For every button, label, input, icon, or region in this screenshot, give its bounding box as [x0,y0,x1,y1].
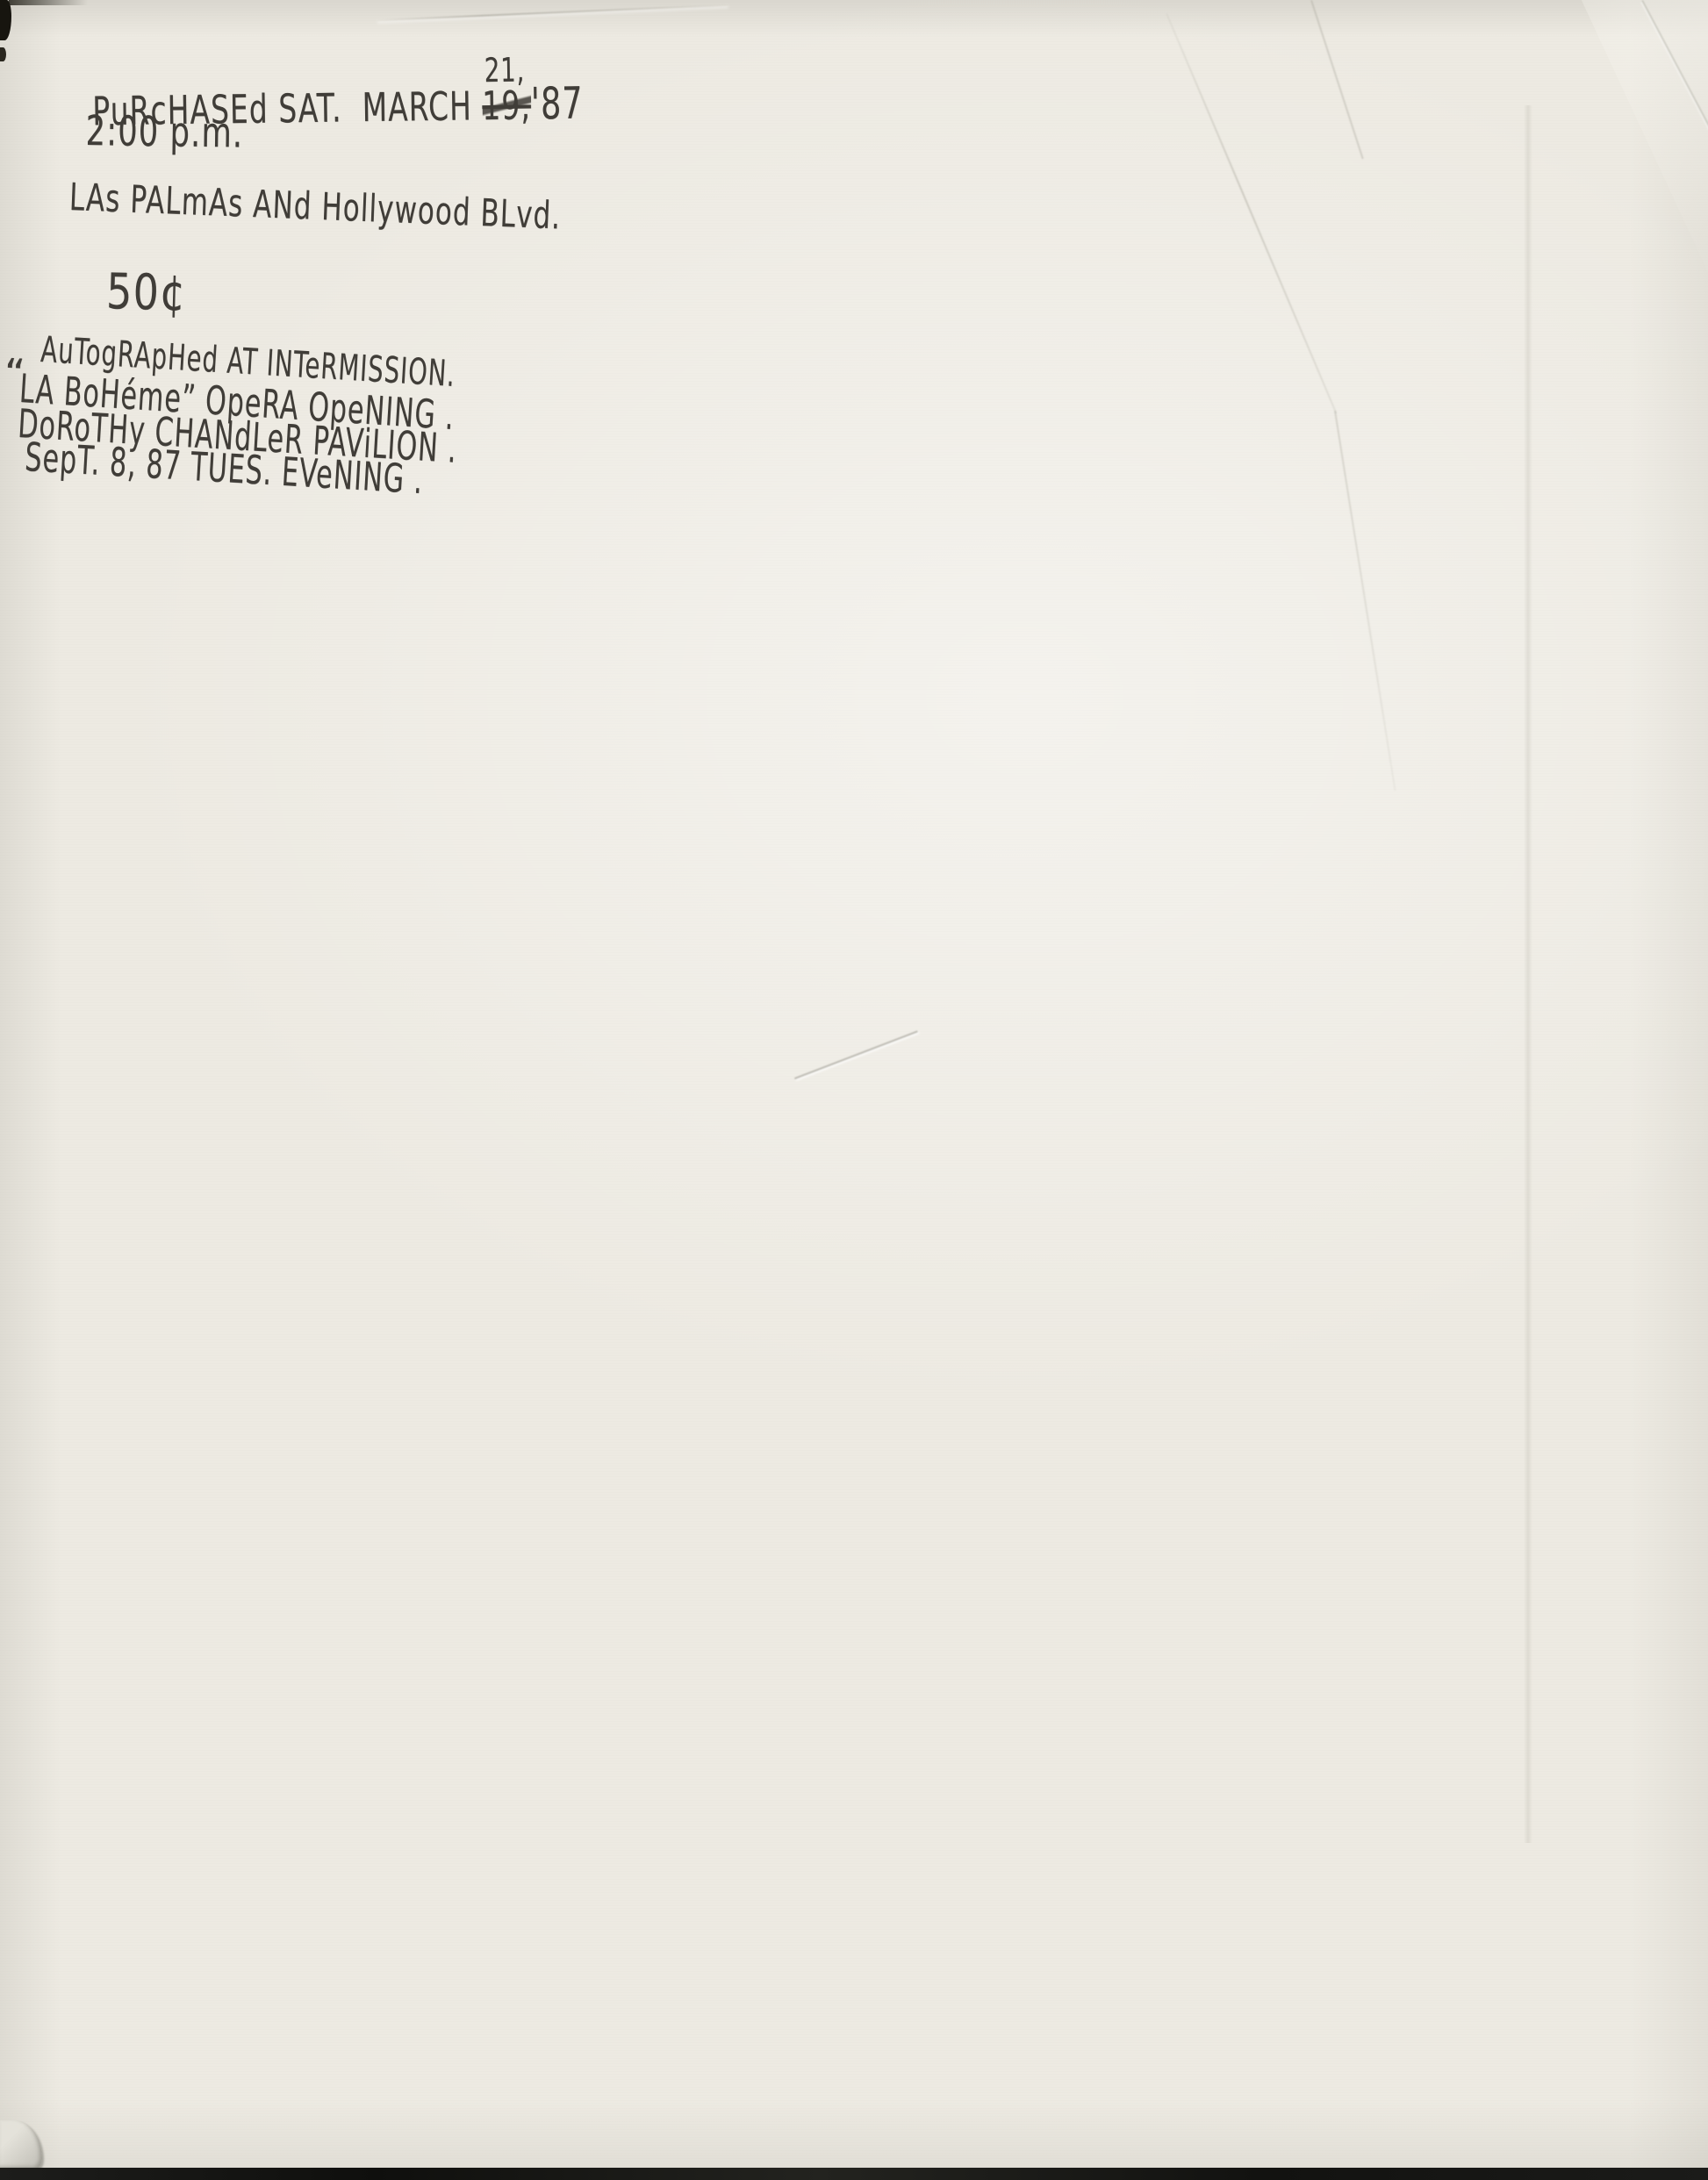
scanner-edge-bottom [0,2168,1708,2180]
crease-diagonal-upper [1166,13,1337,413]
corner-fold-bottom-left [0,2120,42,2169]
crease-middle [794,1030,918,1079]
crease-top-right-a [1310,0,1364,159]
note-price-line: 50¢ [105,263,187,322]
scanned-photo-back-page: PuRcHASEd SAT. MARCH 21,19,'87 2:00 p.m.… [0,0,1708,2180]
scanner-band-vertical [1524,105,1532,1843]
date-crossed-out-text: 19, [482,82,531,129]
crease-diagonal-lower [1334,411,1396,791]
note-location-line: LAs PALmAs ANd Hollywood BLvd. [68,176,562,238]
crease-top-center [377,4,728,21]
corner-fold-top-right [1527,0,1708,272]
scan-shadow-top-edge [9,0,88,5]
scan-speck-top-left [0,0,11,40]
year-text: '87 [530,78,584,130]
scan-speck-left-edge [0,47,6,61]
date-correction-group: 21,19, [482,82,531,129]
note-time-line: 2:00 p.m. [85,107,243,158]
